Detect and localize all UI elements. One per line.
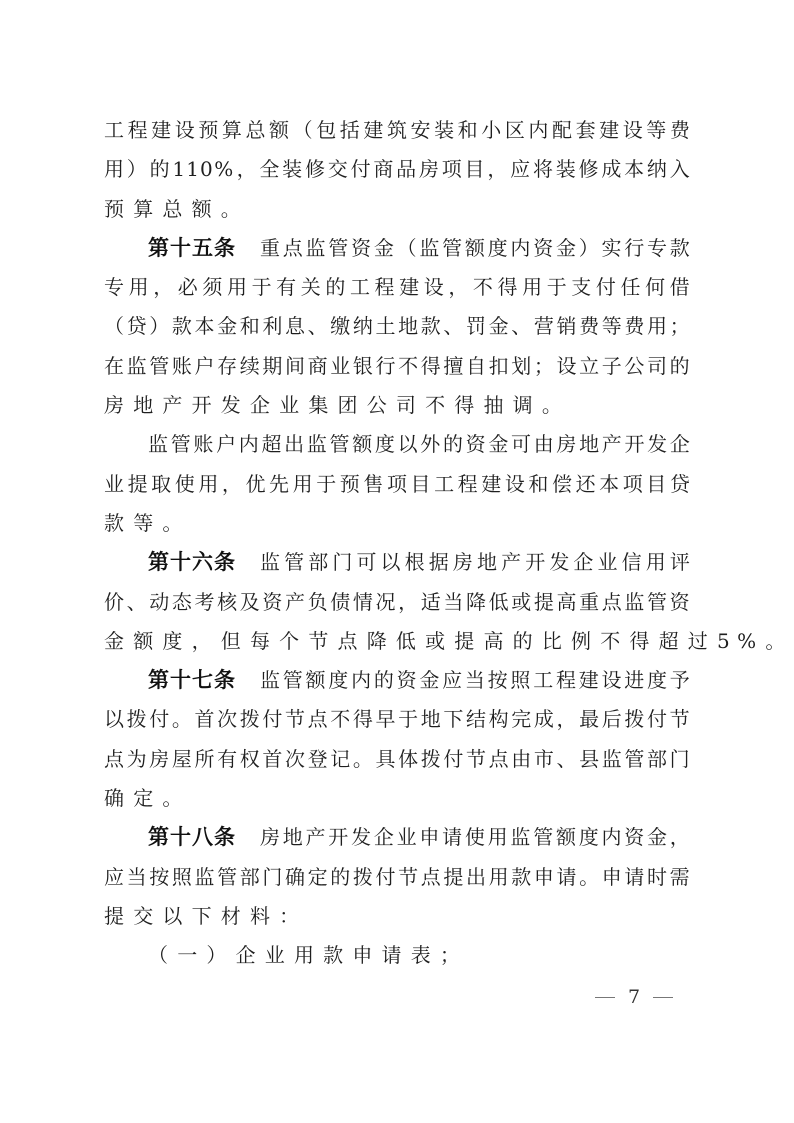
glyph: 市 xyxy=(534,740,554,779)
glyph: 债 xyxy=(330,583,350,622)
glyph: 子 xyxy=(602,347,622,386)
glyph: 设 xyxy=(175,111,195,150)
glyph: 表 xyxy=(411,936,431,975)
glyph: 为 xyxy=(127,740,147,779)
glyph: 部 xyxy=(240,858,260,897)
glyph: 必 xyxy=(178,268,198,307)
glyph: 以 xyxy=(398,425,418,464)
glyph: 门 xyxy=(670,740,690,779)
glyph: 本 xyxy=(624,150,644,189)
glyph: 还 xyxy=(576,465,596,504)
glyph: 括 xyxy=(340,111,360,150)
glyph: 适 xyxy=(421,583,441,622)
glyph: 工 xyxy=(533,661,553,700)
glyph: 用 xyxy=(104,150,124,189)
glyph: 房 xyxy=(260,818,280,857)
glyph: 提 xyxy=(104,897,124,936)
glyph: 地 xyxy=(477,543,497,582)
glyph: 款 xyxy=(670,229,690,268)
glyph: 预 xyxy=(198,111,218,150)
glyph: 优 xyxy=(245,465,265,504)
glyph: 过 xyxy=(688,622,708,661)
glyph: 包 xyxy=(316,111,336,150)
glyph: 每 xyxy=(250,622,270,661)
glyph: 1 xyxy=(186,150,197,189)
glyph: 程 xyxy=(458,465,478,504)
text-line: （贷）款本金和利息、缴纳土地款、罚金、营销费等费用； xyxy=(104,307,690,346)
glyph: 监 xyxy=(602,740,622,779)
glyph: 目 xyxy=(465,150,485,189)
glyph: 付 xyxy=(376,858,396,897)
glyph: 销 xyxy=(557,307,577,346)
text-line: 第十八条房地产开发企业申请使用监管额度内资金， xyxy=(104,818,690,857)
glyph: 点 xyxy=(602,583,622,622)
glyph: 续 xyxy=(240,347,260,386)
text-line: 点为房屋所有权首次登记。具体拨付节点由市、县监管部门 xyxy=(104,740,690,779)
glyph: 资 xyxy=(397,661,417,700)
glyph: 进 xyxy=(624,661,644,700)
glyph: 部 xyxy=(647,740,667,779)
glyph: 修 xyxy=(579,150,599,189)
glyph: 金 xyxy=(647,818,667,857)
glyph: 装 xyxy=(282,150,302,189)
glyph: 情 xyxy=(353,583,373,622)
glyph: 建 xyxy=(399,268,419,307)
glyph: 金 xyxy=(217,307,237,346)
glyph: 提 xyxy=(443,858,463,897)
article-heading: 第十七条 xyxy=(148,661,236,700)
glyph: ， xyxy=(448,268,468,307)
article-heading: 第十八条 xyxy=(148,818,236,857)
glyph: 额 xyxy=(556,818,576,857)
glyph: 管 xyxy=(149,347,169,386)
text-line: 预算总额。 xyxy=(104,190,690,229)
glyph: 由 xyxy=(511,740,531,779)
glyph: 付 xyxy=(262,700,282,739)
glyph: 建 xyxy=(599,111,619,150)
glyph: 土 xyxy=(376,307,396,346)
glyph: 超 xyxy=(659,622,679,661)
glyph: 入 xyxy=(670,150,690,189)
text-line: 以拨付。首次拨付节点不得早于地下结构完成，最后拨付节 xyxy=(104,700,690,739)
text-line: 确定。 xyxy=(104,779,690,818)
glyph: 开 xyxy=(192,386,212,425)
glyph: 0 xyxy=(200,150,211,189)
glyph: 。 xyxy=(172,700,192,739)
glyph: 额 xyxy=(306,661,326,700)
glyph: 金 xyxy=(104,622,124,661)
glyph: 记 xyxy=(330,740,350,779)
glyph: 材 xyxy=(221,897,241,936)
glyph: 业 xyxy=(279,386,299,425)
glyph: 建 xyxy=(579,661,599,700)
glyph: 资 xyxy=(533,229,553,268)
text-line: 业提取使用，优先用于预售项目工程建设和偿还本项目贷 xyxy=(104,465,690,504)
glyph: 抽 xyxy=(483,386,503,425)
glyph: 和 xyxy=(240,307,260,346)
text-line: 监管账户内超出监管额度以外的资金可由房地产开发企 xyxy=(104,425,690,464)
page-number-value: 7 xyxy=(628,986,640,1008)
glyph: 费 xyxy=(624,307,644,346)
page-number: 7 xyxy=(595,984,673,1010)
glyph: 以 xyxy=(104,700,124,739)
glyph: 。 xyxy=(542,386,562,425)
glyph: 企 xyxy=(670,425,690,464)
glyph: 贷 xyxy=(127,307,147,346)
glyph: 自 xyxy=(466,347,486,386)
glyph: 不 xyxy=(330,700,350,739)
glyph: 的 xyxy=(670,347,690,386)
glyph: 时 xyxy=(647,858,667,897)
glyph: 需 xyxy=(670,858,690,897)
glyph: 款 xyxy=(421,307,441,346)
glyph: 地 xyxy=(398,307,418,346)
glyph: 额 xyxy=(192,190,212,229)
glyph: 商 xyxy=(308,347,328,386)
glyph: 息 xyxy=(285,307,305,346)
glyph: 间 xyxy=(285,347,305,386)
glyph: 的 xyxy=(150,150,170,189)
text-line: 房地产开发企业集团公司不得抽调。 xyxy=(104,386,690,425)
glyph: 当 xyxy=(465,661,485,700)
glyph: 使 xyxy=(175,465,195,504)
glyph: 拨 xyxy=(127,700,147,739)
glyph: 料 xyxy=(250,897,270,936)
glyph: 户 xyxy=(216,425,236,464)
glyph: 付 xyxy=(149,700,169,739)
glyph: 使 xyxy=(465,818,485,857)
glyph: 支 xyxy=(571,268,591,307)
glyph: 体 xyxy=(398,740,418,779)
glyph: 的 xyxy=(443,425,463,464)
glyph: 项 xyxy=(442,150,462,189)
glyph: 按 xyxy=(149,858,169,897)
glyph: 内 xyxy=(510,229,530,268)
glyph: 将 xyxy=(533,150,553,189)
text-line: 专用，必须用于有关的工程建设，不得用于支付任何借 xyxy=(104,268,690,307)
glyph: 交 xyxy=(328,150,348,189)
glyph: 节 xyxy=(285,700,305,739)
glyph: 司 xyxy=(647,347,667,386)
glyph: 企 xyxy=(374,818,394,857)
glyph: 项 xyxy=(387,465,407,504)
glyph: 产 xyxy=(602,425,622,464)
glyph: 例 xyxy=(571,622,591,661)
glyph: 低 xyxy=(396,622,416,661)
glyph: 以 xyxy=(381,543,401,582)
glyph: ； xyxy=(440,936,460,975)
glyph: 用 xyxy=(294,936,314,975)
glyph: 金 xyxy=(419,661,439,700)
article-text: 监管额度内的资金应当按照工程建设进度予 xyxy=(260,661,690,700)
glyph: % xyxy=(214,150,234,189)
glyph: 评 xyxy=(670,543,690,582)
glyph: 筑 xyxy=(387,111,407,150)
glyph: 申 xyxy=(534,858,554,897)
glyph: 重 xyxy=(579,583,599,622)
glyph: 申 xyxy=(352,936,372,975)
glyph: 款 xyxy=(323,936,343,975)
glyph: ， xyxy=(222,465,242,504)
text-line: （一）企业用款申请表； xyxy=(104,936,690,975)
glyph: 拨 xyxy=(240,700,260,739)
glyph: 额 xyxy=(352,425,372,464)
glyph: 开 xyxy=(624,425,644,464)
glyph: 利 xyxy=(262,307,282,346)
glyph: ， xyxy=(153,268,173,307)
glyph: 付 xyxy=(596,268,616,307)
glyph: 申 xyxy=(602,858,622,897)
glyph: 地 xyxy=(579,425,599,464)
glyph: 发 xyxy=(549,543,569,582)
glyph: ， xyxy=(557,700,577,739)
glyph: 房 xyxy=(556,425,576,464)
glyph: 工 xyxy=(104,111,124,150)
glyph: 预 xyxy=(104,190,124,229)
glyph: 高 xyxy=(557,583,577,622)
glyph: 全 xyxy=(259,150,279,189)
glyph: 用 xyxy=(293,465,313,504)
glyph: 程 xyxy=(128,111,148,150)
glyph: 有 xyxy=(217,740,237,779)
glyph: 早 xyxy=(376,700,396,739)
glyph: 核 xyxy=(217,583,237,622)
glyph: 度 xyxy=(328,661,348,700)
article-heading: 第十六条 xyxy=(148,543,236,582)
glyph: 费 xyxy=(670,111,690,150)
glyph: 关 xyxy=(301,268,321,307)
glyph: ， xyxy=(487,150,507,189)
glyph: 款 xyxy=(104,504,124,543)
glyph: 品 xyxy=(396,150,416,189)
glyph: 次 xyxy=(217,700,237,739)
glyph: 程 xyxy=(556,661,576,700)
glyph: ， xyxy=(192,622,212,661)
glyph: 1 xyxy=(172,150,183,189)
article-heading: 第十五条 xyxy=(148,229,236,268)
glyph: 司 xyxy=(396,386,416,425)
glyph: 节 xyxy=(466,740,486,779)
glyph: 不 xyxy=(425,386,445,425)
glyph: 度 xyxy=(647,661,667,700)
glyph: 门 xyxy=(332,543,352,582)
glyph: ， xyxy=(237,150,257,189)
glyph: 于 xyxy=(316,465,336,504)
glyph: 具 xyxy=(376,740,396,779)
glyph: 金 xyxy=(489,307,509,346)
glyph: ） xyxy=(206,936,226,975)
glyph: 超 xyxy=(261,425,281,464)
glyph: 付 xyxy=(351,150,371,189)
glyph: 、 xyxy=(511,307,531,346)
text-line: 第十六条监管部门可以根据房地产开发企业信用评 xyxy=(104,543,690,582)
glyph: 低 xyxy=(489,583,509,622)
glyph: 监 xyxy=(510,818,530,857)
glyph: ） xyxy=(149,307,169,346)
glyph: 得 xyxy=(353,700,373,739)
glyph: 银 xyxy=(353,347,373,386)
glyph: 管 xyxy=(171,425,191,464)
glyph: 业 xyxy=(265,936,285,975)
glyph: 擅 xyxy=(443,347,463,386)
glyph: 但 xyxy=(221,622,241,661)
glyph: 不 xyxy=(473,268,493,307)
glyph: 定 xyxy=(308,858,328,897)
glyph: 业 xyxy=(330,347,350,386)
glyph: 可 xyxy=(356,543,376,582)
glyph: 资 xyxy=(670,583,690,622)
glyph: ： xyxy=(279,897,299,936)
glyph: 。 xyxy=(579,858,599,897)
glyph: 于 xyxy=(252,268,272,307)
glyph: 后 xyxy=(602,700,622,739)
glyph: 下 xyxy=(443,700,463,739)
glyph: 和 xyxy=(528,465,548,504)
glyph: 调 xyxy=(513,386,533,425)
glyph: 设 xyxy=(601,661,621,700)
glyph: 度 xyxy=(488,229,508,268)
glyph: ） xyxy=(127,150,147,189)
glyph: 登 xyxy=(308,740,328,779)
glyph: 先 xyxy=(269,465,289,504)
glyph: 确 xyxy=(104,779,124,818)
glyph: 金 xyxy=(374,229,394,268)
glyph: 节 xyxy=(308,622,328,661)
glyph: 所 xyxy=(195,740,215,779)
glyph: 的 xyxy=(374,661,394,700)
glyph: 专 xyxy=(647,229,667,268)
glyph: 比 xyxy=(542,622,562,661)
glyph: 产 xyxy=(162,386,182,425)
glyph: 本 xyxy=(195,307,215,346)
glyph: 房 xyxy=(419,150,439,189)
glyph: 划 xyxy=(511,347,531,386)
glyph: 户 xyxy=(195,347,215,386)
glyph: 度 xyxy=(375,425,395,464)
glyph: 用 xyxy=(646,543,666,582)
glyph: 降 xyxy=(367,622,387,661)
glyph: 总 xyxy=(245,111,265,150)
glyph: 点 xyxy=(283,229,303,268)
glyph: 额 xyxy=(269,111,289,150)
glyph: 动 xyxy=(149,583,169,622)
glyph: 立 xyxy=(579,347,599,386)
page-number-dash-left xyxy=(595,997,615,998)
glyph: 等 xyxy=(646,111,666,150)
glyph: 得 xyxy=(421,347,441,386)
glyph: 行 xyxy=(624,229,644,268)
glyph: 资 xyxy=(466,425,486,464)
glyph: 额 xyxy=(133,622,153,661)
glyph: 账 xyxy=(193,425,213,464)
glyph: 资 xyxy=(624,818,644,857)
glyph: 当 xyxy=(443,583,463,622)
glyph: 额 xyxy=(465,229,485,268)
glyph: 套 xyxy=(576,111,596,150)
glyph: 付 xyxy=(647,700,667,739)
glyph: 重 xyxy=(260,229,280,268)
glyph: 、 xyxy=(127,583,147,622)
glyph: 建 xyxy=(151,111,171,150)
glyph: （ xyxy=(104,307,124,346)
document-body: 工程建设预算总额（包括建筑安装和小区内配套建设等费用）的110%，全装修交付商品… xyxy=(104,111,690,976)
glyph: 确 xyxy=(285,858,305,897)
glyph: 和 xyxy=(458,111,478,150)
glyph: 出 xyxy=(284,425,304,464)
glyph: 集 xyxy=(308,386,328,425)
glyph: 照 xyxy=(172,858,192,897)
glyph: 总 xyxy=(162,190,182,229)
glyph: 发 xyxy=(221,386,241,425)
document-page: 工程建设预算总额（包括建筑安装和小区内配套建设等费用）的110%，全装修交付商品… xyxy=(0,0,794,1123)
glyph: 内 xyxy=(601,818,621,857)
glyph: 公 xyxy=(367,386,387,425)
glyph: 。 xyxy=(765,622,785,661)
glyph: 算 xyxy=(133,190,153,229)
glyph: 工 xyxy=(350,268,370,307)
glyph: 管 xyxy=(284,543,304,582)
glyph: 外 xyxy=(420,425,440,464)
text-line: 在监管账户存续期间商业银行不得擅自扣划；设立子公司的 xyxy=(104,347,690,386)
glyph: 地 xyxy=(421,700,441,739)
glyph: 请 xyxy=(624,858,644,897)
text-line: 提交以下材料： xyxy=(104,897,690,936)
text-line: 第十七条监管额度内的资金应当按照工程建设进度予 xyxy=(104,661,690,700)
glyph: 负 xyxy=(308,583,328,622)
text-line: 第十五条重点监管资金（监管额度内资金）实行专款 xyxy=(104,229,690,268)
glyph: 区 xyxy=(505,111,525,150)
glyph: 管 xyxy=(442,229,462,268)
glyph: 业 xyxy=(598,543,618,582)
glyph: 款 xyxy=(511,858,531,897)
glyph: % xyxy=(737,622,756,661)
glyph: 得 xyxy=(454,386,474,425)
glyph: 用 xyxy=(647,307,667,346)
glyph: 监 xyxy=(260,543,280,582)
glyph: 监 xyxy=(306,229,326,268)
glyph: 按 xyxy=(488,661,508,700)
glyph: 项 xyxy=(623,465,643,504)
glyph: 用 xyxy=(522,268,542,307)
glyph: 结 xyxy=(466,700,486,739)
glyph: 用 xyxy=(227,268,247,307)
glyph: 完 xyxy=(511,700,531,739)
glyph: 企 xyxy=(236,936,256,975)
glyph: 申 xyxy=(419,818,439,857)
glyph: 发 xyxy=(647,425,667,464)
glyph: 有 xyxy=(276,268,296,307)
glyph: 最 xyxy=(579,700,599,739)
glyph: 不 xyxy=(600,622,620,661)
glyph: 修 xyxy=(305,150,325,189)
glyph: 、 xyxy=(443,307,463,346)
glyph: 费 xyxy=(579,307,599,346)
glyph: 偿 xyxy=(552,465,572,504)
glyph: 等 xyxy=(133,504,153,543)
glyph: 公 xyxy=(624,347,644,386)
glyph: 期 xyxy=(262,347,282,386)
glyph: 首 xyxy=(195,700,215,739)
glyph: 请 xyxy=(557,858,577,897)
glyph: 资 xyxy=(351,229,371,268)
glyph: 设 xyxy=(623,111,643,150)
glyph: 团 xyxy=(338,386,358,425)
glyph: 得 xyxy=(498,268,518,307)
glyph: 的 xyxy=(330,858,350,897)
glyph: 监 xyxy=(419,229,439,268)
glyph: 发 xyxy=(351,818,371,857)
text-line: 工程建设预算总额（包括建筑安装和小区内配套建设等费 xyxy=(104,111,690,150)
